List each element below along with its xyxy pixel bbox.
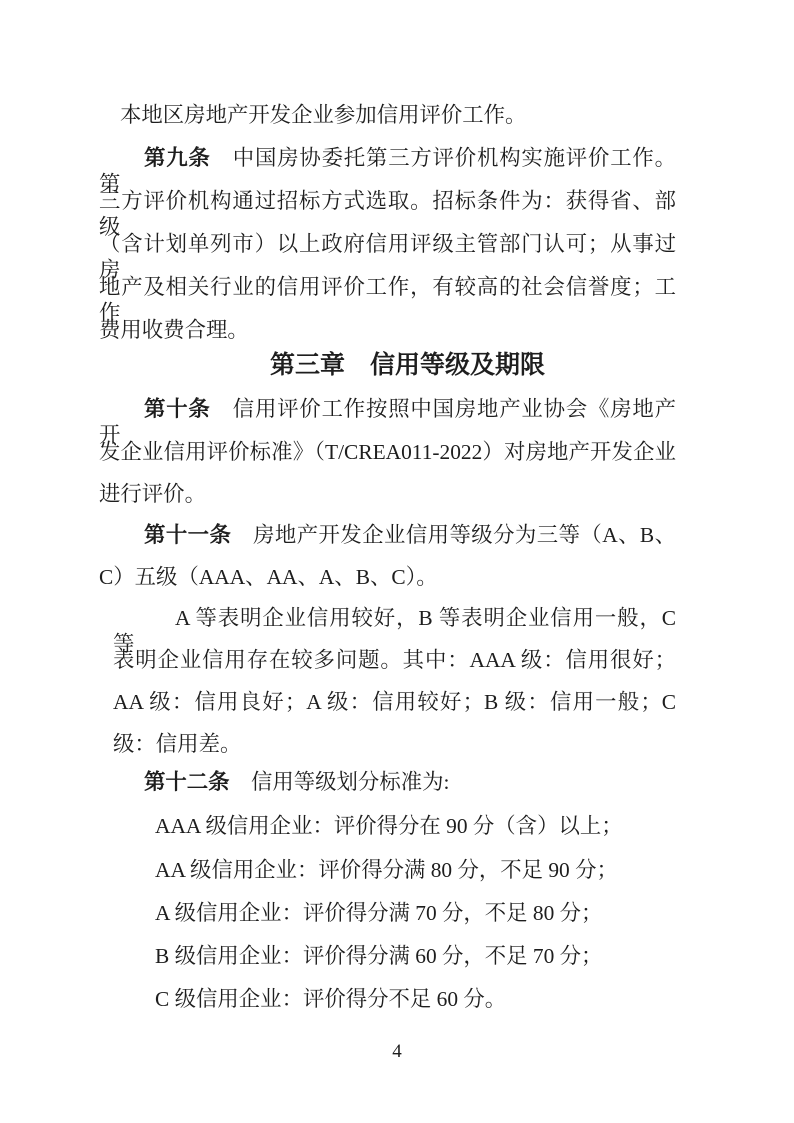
text-line-body: 房地产开发企业信用等级分为三等（A、B、 xyxy=(231,523,676,547)
chapter-heading: 第三章 信用等级及期限 xyxy=(99,351,676,381)
grade-criteria-line: AA 级信用企业：评价得分满 80 分，不足 90 分； xyxy=(155,857,618,883)
grade-criteria-line: A 级信用企业：评价得分满 70 分，不足 80 分； xyxy=(155,900,602,926)
document-page: 本地区房地产开发企业参加信用评价工作。 第九条 中国房协委托第三方评价机构实施评… xyxy=(0,0,794,1123)
text-line: 本地区房地产开发企业参加信用评价工作。 xyxy=(120,102,526,128)
article-label: 第十一条 xyxy=(144,523,231,547)
page-number: 4 xyxy=(0,1041,794,1063)
text-line: 级：信用差。 xyxy=(113,731,241,757)
text-line: AA 级：信用良好；A 级：信用较好；B 级：信用一般；C xyxy=(113,689,676,715)
grade-criteria-line: C 级信用企业：评价得分不足 60 分。 xyxy=(155,986,506,1012)
text-line: 第十二条 信用等级划分标准为: xyxy=(99,769,449,795)
text-line: 表明企业信用存在较多问题。其中：AAA 级：信用很好； xyxy=(113,647,676,673)
text-line: C）五级（AAA、AA、A、B、C）。 xyxy=(99,564,438,590)
article-label: 第十条 xyxy=(144,397,211,421)
grade-criteria-line: AAA 级信用企业：评价得分在 90 分（含）以上； xyxy=(155,813,623,839)
text-line: 费用收费合理。 xyxy=(99,317,249,343)
article-label: 第十二条 xyxy=(144,770,230,794)
text-line: 第十一条 房地产开发企业信用等级分为三等（A、B、 xyxy=(99,522,676,548)
text-line: 进行评价。 xyxy=(99,481,206,507)
text-line: 发企业信用评价标准》（T/CREA011-2022）对房地产开发企业 xyxy=(99,439,676,465)
text-line-body: 信用等级划分标准为: xyxy=(230,770,450,794)
article-label: 第九条 xyxy=(144,146,211,170)
grade-criteria-line: B 级信用企业：评价得分满 60 分，不足 70 分； xyxy=(155,943,602,969)
